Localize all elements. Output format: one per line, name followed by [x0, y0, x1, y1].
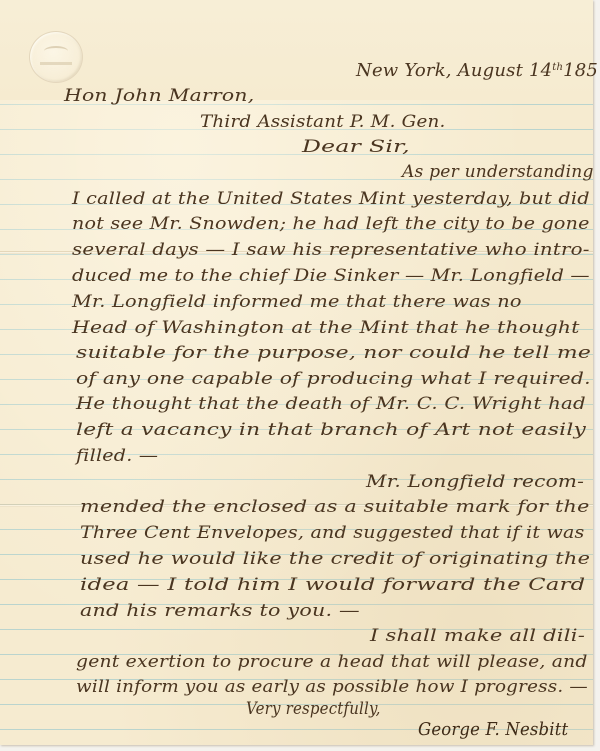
body-line: gent exertion to procure a head that wil…: [76, 650, 588, 675]
letter-paper: New York, August 14th1857. Hon John Marr…: [0, 0, 593, 745]
body-line: Mr. Longfield recom‑: [366, 470, 584, 495]
body-line: duced me to the chief Die Sinker — Mr. L…: [72, 264, 590, 289]
body-line: idea — I told him I would forward the Ca…: [80, 573, 585, 598]
seal-eagle-mark: [44, 46, 68, 56]
body-line: I called at the United States Mint yeste…: [72, 187, 590, 212]
body-line: filled. —: [76, 444, 158, 469]
dateline: New York, August 14th1857.: [356, 55, 600, 83]
body-line: several days — I saw his representative …: [72, 238, 590, 263]
signature: George F. Nesbitt: [418, 717, 568, 742]
dateline-year: 1857.: [563, 60, 600, 81]
closing: Very respectfully,: [246, 697, 381, 722]
dateline-place: New York,: [356, 60, 452, 81]
body-line: I shall make all dili‑: [370, 624, 585, 649]
body-line: mended the enclosed as a suitable mark f…: [80, 495, 590, 520]
body-line: Three Cent Envelopes, and suggested that…: [80, 521, 585, 546]
body-line: and his remarks to you. —: [80, 599, 360, 624]
body-line: Head of Washington at the Mint that he t…: [72, 316, 580, 341]
body-line: used he would like the credit of origina…: [80, 547, 590, 572]
body-line: not see Mr. Snowden; he had left the cit…: [72, 212, 590, 237]
dateline-date: August 14: [458, 60, 553, 81]
body-line: He thought that the death of Mr. C. C. W…: [76, 392, 586, 417]
embossed-seal-icon: [29, 31, 83, 83]
body-line: of any one capable of producing what I r…: [76, 367, 591, 392]
recipient-title: Third Assistant P. M. Gen.: [200, 110, 446, 135]
body-line: left a vacancy in that branch of Art not…: [76, 418, 586, 443]
seal-text-mark: [40, 62, 72, 65]
body-line: suitable for the purpose, nor could he t…: [76, 341, 591, 366]
dateline-date-suffix: th: [552, 62, 563, 73]
body-line: As per understanding: [402, 160, 594, 185]
body-line: Mr. Longfield informed me that there was…: [72, 290, 522, 315]
salutation: Dear Sir,: [302, 135, 410, 160]
recipient-name: Hon John Marron,: [64, 84, 254, 109]
